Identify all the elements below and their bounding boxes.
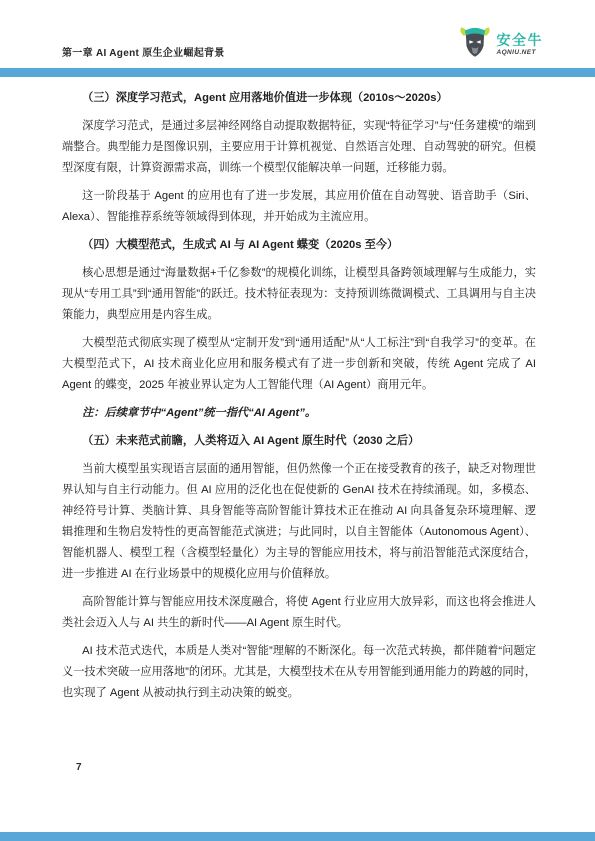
logo-brand-name: 安全牛 [497,33,544,48]
section-heading: （五）未来范式前瞻，人类将迈入 AI Agent 原生时代（2030 之后） [62,431,536,452]
body-paragraph: 这一阶段基于 Agent 的应用也有了进一步发展，其应用价值在自动驾驶、语音助手… [62,186,536,228]
body-paragraph: 高阶智能计算与智能应用技术深度融合，将使 Agent 行业应用大放异彩，而这也将… [62,592,536,634]
document-body: （三）深度学习范式，Agent 应用落地价值进一步体现（2010s～2020s）… [62,88,536,711]
chapter-header-title: 第一章 AI Agent 原生企业崛起背景 [62,44,225,59]
body-paragraph: 深度学习范式，是通过多层神经网络自动提取数据特征，实现“特征学习”与“任务建模”… [62,116,536,179]
body-paragraph: AI 技术范式迭代，本质是人类对“智能”理解的不断深化。每一次范式转换，都伴随着… [62,641,536,704]
aqniu-logo: 安全牛 AQNIU.NET [458,26,544,63]
document-page: 第一章 AI Agent 原生企业崛起背景 安全牛 AQNIU.NET [0,0,595,841]
top-accent-bar [0,68,595,77]
bull-mascot-icon [458,26,492,63]
note-line: 注：后续章节中“Agent”统一指代“AI Agent”。 [62,403,536,424]
body-paragraph: 大模型范式彻底实现了模型从“定制开发”到“通用适配”从“人工标注”到“自我学习”… [62,333,536,396]
logo-domain-text: AQNIU.NET [497,49,544,56]
section-heading: （三）深度学习范式，Agent 应用落地价值进一步体现（2010s～2020s） [62,88,536,109]
body-paragraph: 当前大模型虽实现语言层面的通用智能，但仍然像一个正在接受教育的孩子，缺乏对物理世… [62,459,536,585]
page-number: 7 [76,762,82,773]
section-heading: （四）大模型范式，生成式 AI 与 AI Agent 蝶变（2020s 至今） [62,235,536,256]
logo-text-block: 安全牛 AQNIU.NET [497,33,544,57]
body-paragraph: 核心思想是通过“海量数据+千亿参数”的规模化训练，让模型具备跨领域理解与生成能力… [62,263,536,326]
bottom-accent-bar [0,832,595,841]
